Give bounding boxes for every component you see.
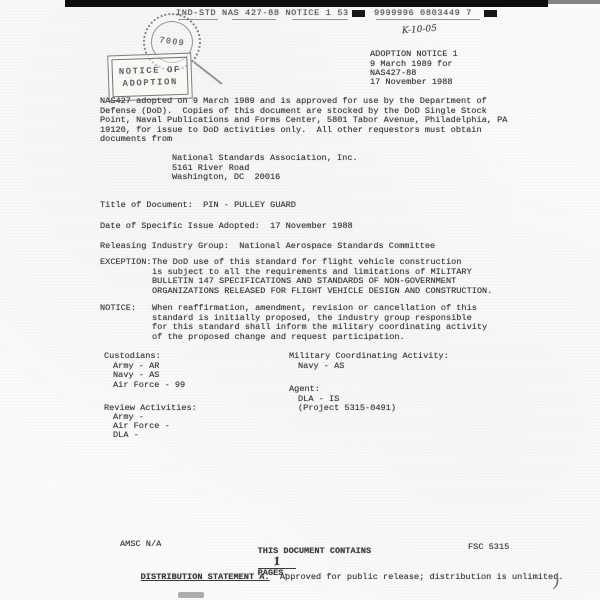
address-line3: Washington, DC 20016 <box>172 173 280 183</box>
notice-label: NOTICE: <box>100 304 136 314</box>
exception-label: EXCEPTION: <box>100 258 152 268</box>
distribution-statement-label: DISTRIBUTION STATEMENT A. <box>141 572 270 582</box>
intro-paragraph: NAS427 adopted on 9 March 1989 and is ap… <box>100 97 507 145</box>
custodian-item: Air Force - 99 <box>113 381 185 391</box>
notice-text: When reaffirmation, amendment, revision … <box>152 304 487 342</box>
scan-smudge <box>178 592 204 598</box>
agent-item: (Project 5315-0491) <box>298 404 396 414</box>
notice-of-adoption-stamp: NOTICE OF ADOPTION <box>111 57 188 98</box>
contains-prefix: THIS DOCUMENT CONTAINS <box>258 546 371 556</box>
date-adopted-line: Date of Specific Issue Adopted: 17 Novem… <box>100 222 353 232</box>
releasing-group-line: Releasing Industry Group: National Aeros… <box>100 242 435 252</box>
scan-edge-bar <box>65 0 548 7</box>
scan-edge-bar-right <box>545 0 600 4</box>
scanned-document-page: IND-STD NAS 427-88 NOTICE 1 53 9999996 0… <box>0 0 600 600</box>
barcode-block-icon <box>352 10 365 17</box>
title-of-document-line: Title of Document: PIN - PULLEY GUARD <box>100 201 296 211</box>
scan-noise-overlay <box>0 0 600 600</box>
distribution-statement: DISTRIBUTION STATEMENT A. Approved for p… <box>120 563 564 592</box>
scan-header-left: IND-STD NAS 427-88 NOTICE 1 53 <box>176 9 349 19</box>
handwritten-annotation: K-10-05 <box>402 25 438 37</box>
fsc-number: FSC 5315 <box>468 543 509 553</box>
exception-text: The DoD use of this standard for flight … <box>152 258 492 296</box>
mca-item: Navy - AS <box>298 362 344 372</box>
review-activity-item: DLA - <box>113 431 139 441</box>
barcode-block-icon <box>484 10 497 17</box>
pen-mark <box>193 61 222 84</box>
scan-header-right: 9999996 0803449 7 <box>374 9 472 19</box>
stamp-line-1: NOTICE OF <box>119 65 181 77</box>
amsc-number: AMSC N/A <box>120 540 161 550</box>
adoption-notice-line4: 17 November 1988 <box>370 78 453 88</box>
stamp-line-2: ADOPTION <box>122 77 178 89</box>
distribution-statement-text: Approved for public release; distributio… <box>270 572 564 582</box>
